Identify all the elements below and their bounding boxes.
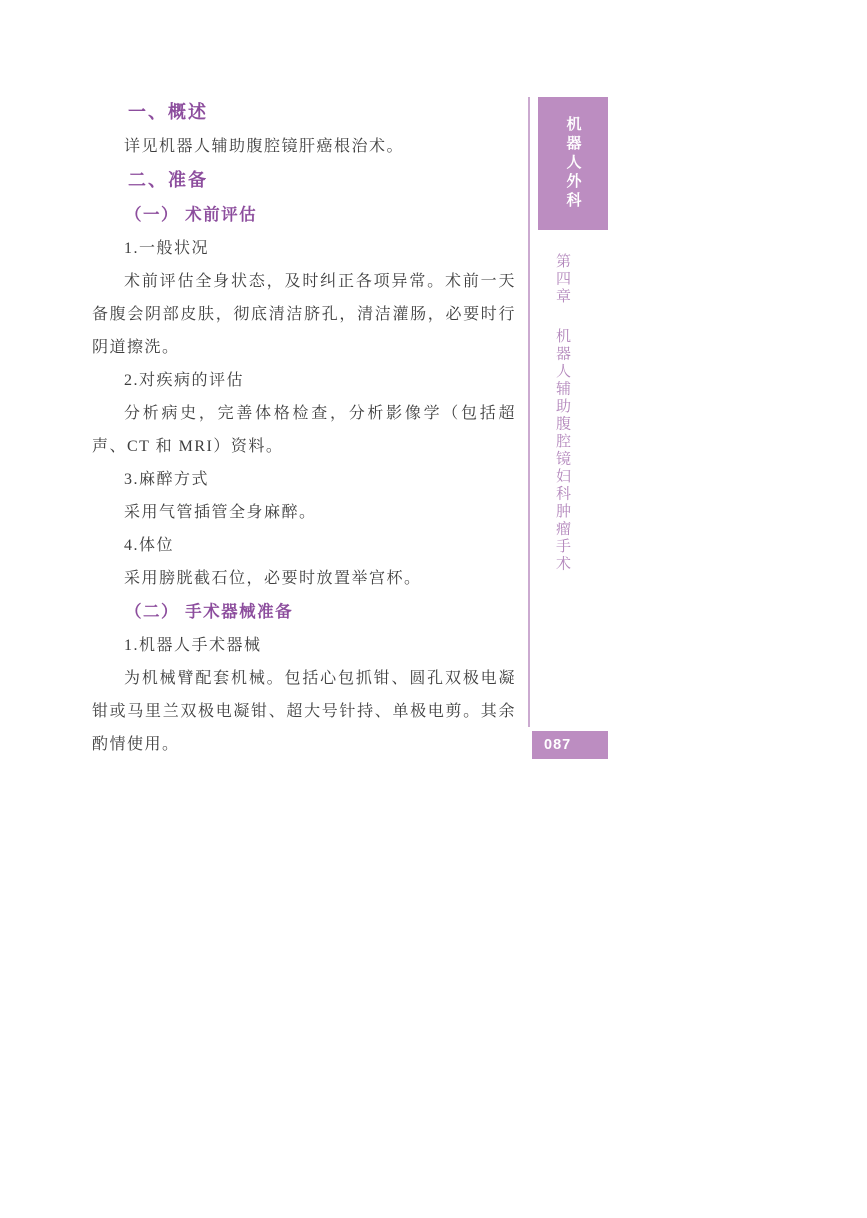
sidebar-rule [528, 97, 530, 727]
main-content: 一、概述 详见机器人辅助腹腔镜肝癌根治术。 二、准备 （一） 术前评估 1.一般… [92, 95, 516, 761]
item-heading-anesthesia: 3.麻醉方式 [92, 463, 516, 496]
book-title-tab: 机器人外科 [538, 97, 608, 230]
book-page: 一、概述 详见机器人辅助腹腔镜肝癌根治术。 二、准备 （一） 术前评估 1.一般… [0, 0, 867, 1218]
subsection-heading-preop-eval: （一） 术前评估 [92, 198, 516, 232]
paragraph-overview: 详见机器人辅助腹腔镜肝癌根治术。 [92, 130, 516, 163]
paragraph-position: 采用膀胱截石位，必要时放置举宫杯。 [92, 562, 516, 595]
item-heading-robot-instruments: 1.机器人手术器械 [92, 629, 516, 662]
paragraph-anesthesia: 采用气管插管全身麻醉。 [92, 496, 516, 529]
chapter-label: 第四章 [554, 253, 571, 306]
book-title-vertical-text: 机器人外科 [563, 116, 584, 211]
chapter-title: 机器人辅助腹腔镜妇科肿瘤手术 [554, 328, 571, 573]
subsection-heading-instruments: （二） 手术器械准备 [92, 595, 516, 629]
paragraph-general-status: 术前评估全身状态，及时纠正各项异常。术前一天备腹会阴部皮肤，彻底清洁脐孔，清洁灌… [92, 265, 516, 364]
item-heading-disease-eval: 2.对疾病的评估 [92, 364, 516, 397]
page-number: 087 [544, 737, 571, 753]
chapter-sidebar-text: 第四章机器人辅助腹腔镜妇科肿瘤手术 [552, 253, 573, 733]
item-heading-position: 4.体位 [92, 529, 516, 562]
page-number-badge: 087 [532, 731, 608, 759]
section-heading-preparation: 二、准备 [92, 163, 516, 198]
section-heading-overview: 一、概述 [92, 95, 516, 130]
paragraph-robot-instruments: 为机械臂配套机械。包括心包抓钳、圆孔双极电凝钳或马里兰双极电凝钳、超大号针持、单… [92, 662, 516, 761]
paragraph-disease-eval: 分析病史，完善体格检查，分析影像学（包括超声、CT 和 MRI）资料。 [92, 397, 516, 463]
item-heading-general-status: 1.一般状况 [92, 232, 516, 265]
